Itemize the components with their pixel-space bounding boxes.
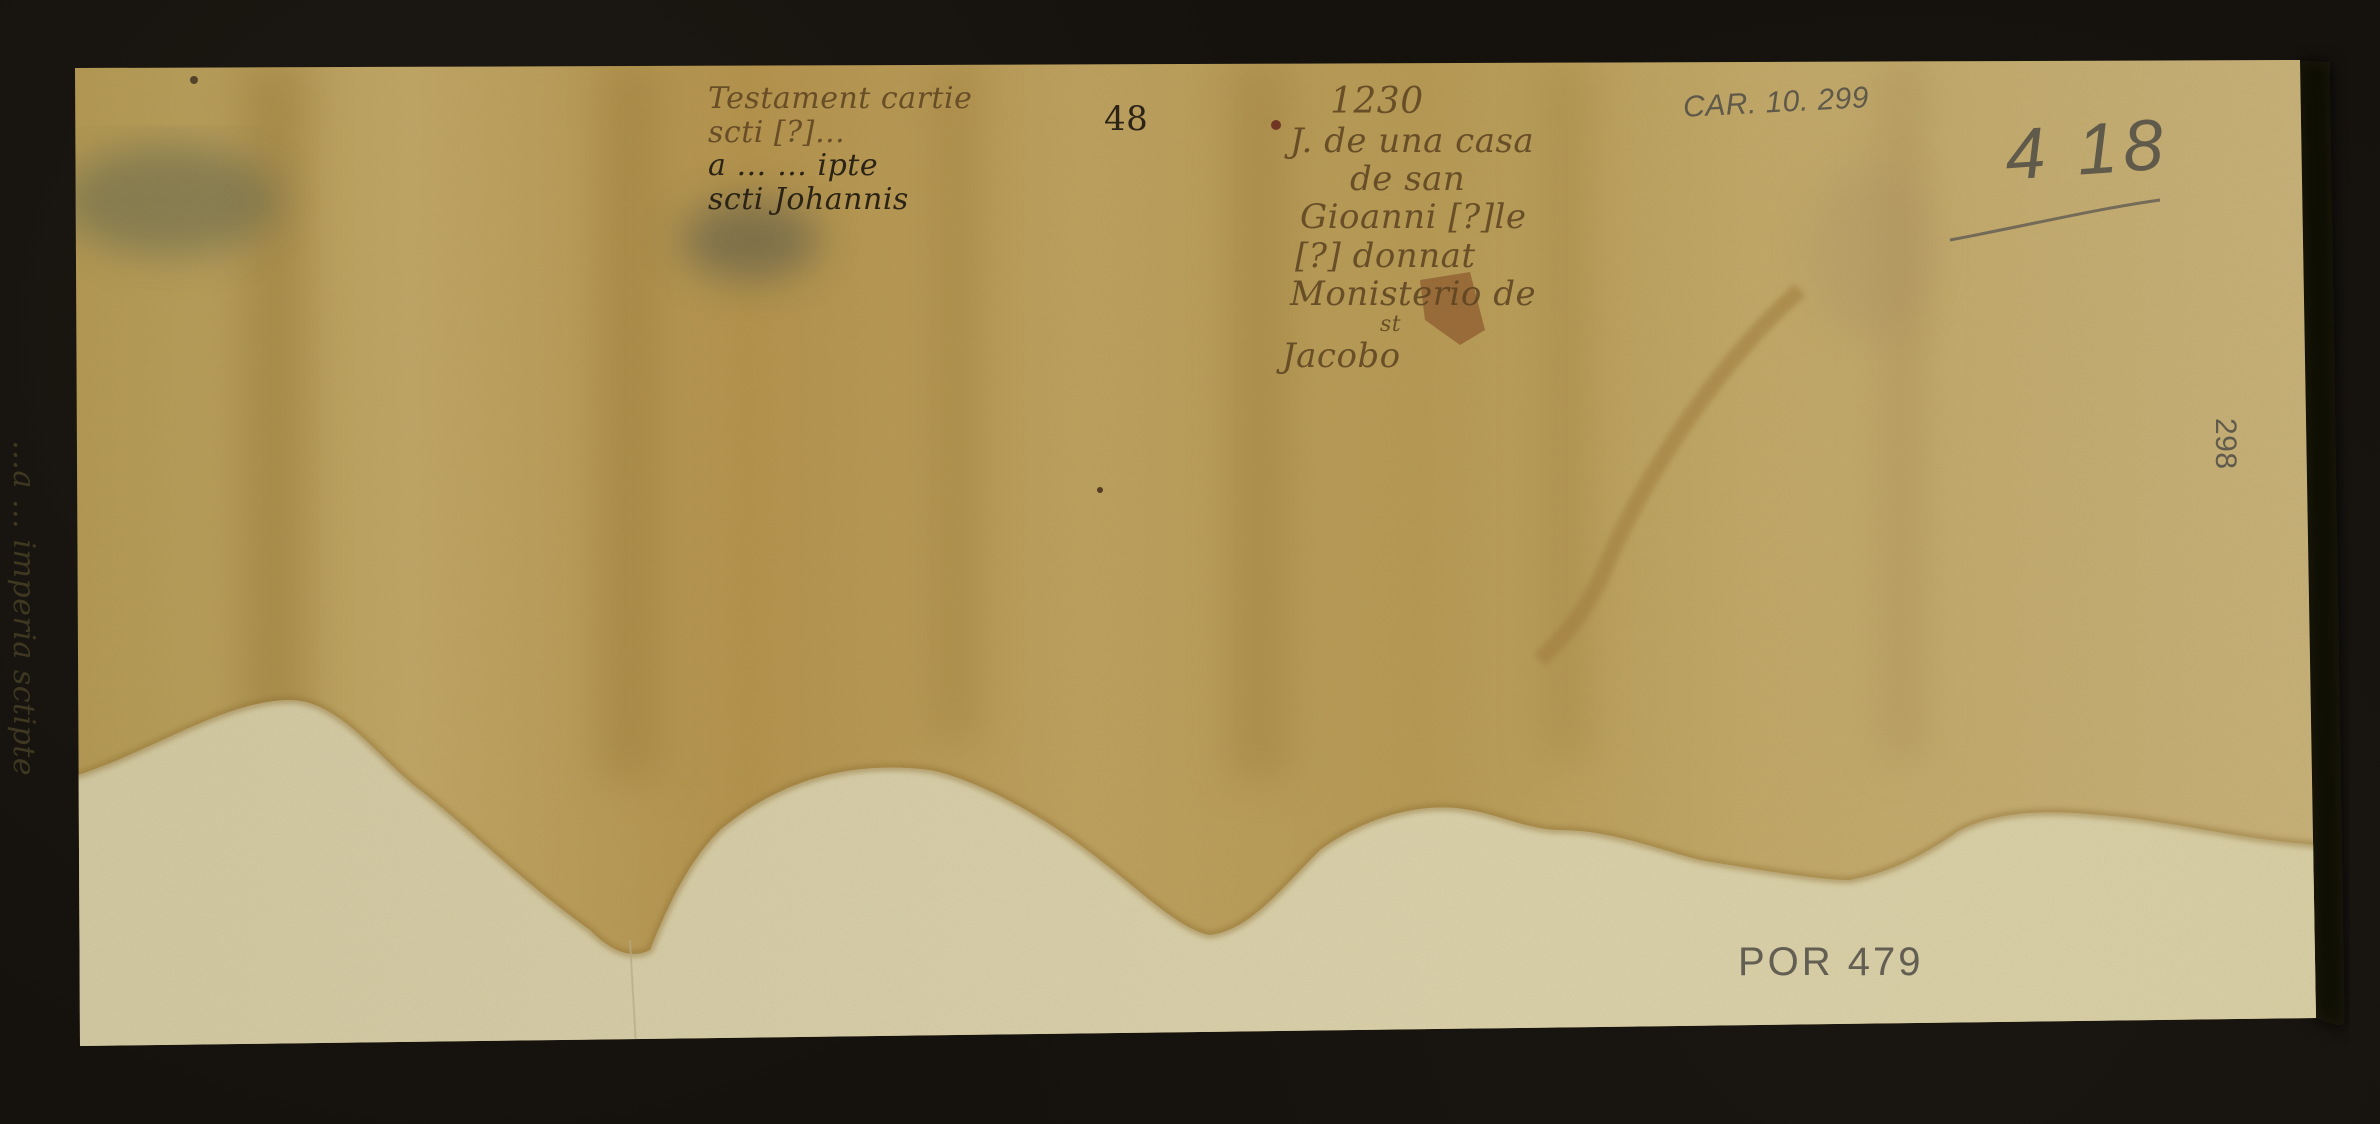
right-vertical-number: 298 [2208,418,2242,470]
left-vertical-inscription: …a … imperia sctipte [6,440,40,776]
note-line: Gioanni [?]le [1300,198,1546,236]
date-line: 1230 [1330,82,1576,122]
note-line: st [1380,313,1626,338]
note-line: J. de una casa [1290,122,1536,160]
note-line: scti [?]… [708,116,972,150]
note-line: a … … ipte [708,149,972,183]
note-line: Testament cartie [708,82,972,116]
catalog-number: POR 479 [1738,940,1924,985]
note-line: [?] donnat [1295,237,1541,275]
top-left-ink-note: Testament cartie scti [?]… a … … ipte sc… [708,82,972,216]
note-line: Jacobo [1282,337,1528,375]
date-ink-note: 1230 J. de una casa de san Gioanni [?]le… [1290,82,1536,375]
note-line: scti Johannis [708,183,972,217]
note-line: Monisterio de [1290,275,1536,313]
top-number: 48 [1104,100,1148,138]
note-line: de san [1350,160,1596,198]
shelf-number: 4 18 [2002,104,2171,196]
